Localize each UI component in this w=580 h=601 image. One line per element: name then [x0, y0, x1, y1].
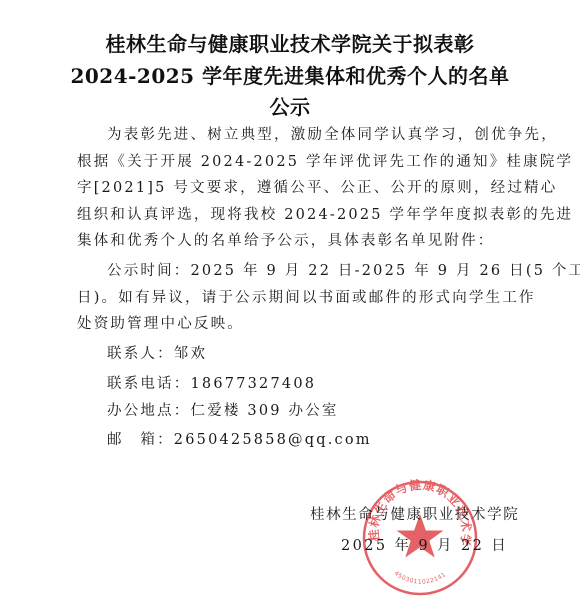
- paragraph2-line: 公示时间：2025 年 9 月 22 日-2025 年 9 月 26 日(5 个…: [107, 262, 580, 280]
- title-line-3: 公示: [0, 91, 580, 120]
- contact-email: 邮 箱：2650425858@qq.com: [107, 431, 372, 449]
- title-line-1: 桂林生命与健康职业技术学院关于拟表彰: [0, 28, 580, 57]
- notice-page: 桂林生命与健康职业技术学院关于拟表彰 2024-2025 学年度先进集体和优秀个…: [0, 0, 580, 601]
- svg-text:4503011022141: 4503011022141: [393, 570, 448, 586]
- paragraph2-line: 处资助管理中心反映。: [77, 315, 244, 333]
- paragraph2-line: 日)。如有异议，请于公示期间以书面或邮件的形式向学生工作: [77, 289, 536, 307]
- signature-date: 2025 年 9 月 22 日: [341, 534, 508, 555]
- contact-phone: 联系电话：18677327408: [107, 375, 316, 393]
- paragraph1-line: 组织和认真评选，现将我校 2024-2025 学年学年度拟表彰的先进: [77, 206, 573, 224]
- title-line-2: 2024-2025 学年度先进集体和优秀个人的名单: [0, 60, 580, 89]
- paragraph1-line: 为表彰先进、树立典型，激励全体同学认真学习，创优争先，: [107, 126, 558, 144]
- paragraph1-line: 字[2021]5 号文要求，遵循公平、公正、公开的原则，经过精心: [77, 179, 557, 197]
- signature-organization: 桂林生命与健康职业技术学院: [310, 503, 519, 524]
- contact-person: 联系人：邹欢: [107, 345, 207, 363]
- contact-office: 办公地点：仁爱楼 309 办公室: [107, 402, 339, 420]
- paragraph1-line: 根据《关于开展 2024-2025 学年评优评先工作的通知》桂康院学: [77, 153, 573, 171]
- paragraph1-line: 集体和优秀个人的名单给予公示，具体表彰名单见附件：: [77, 232, 495, 250]
